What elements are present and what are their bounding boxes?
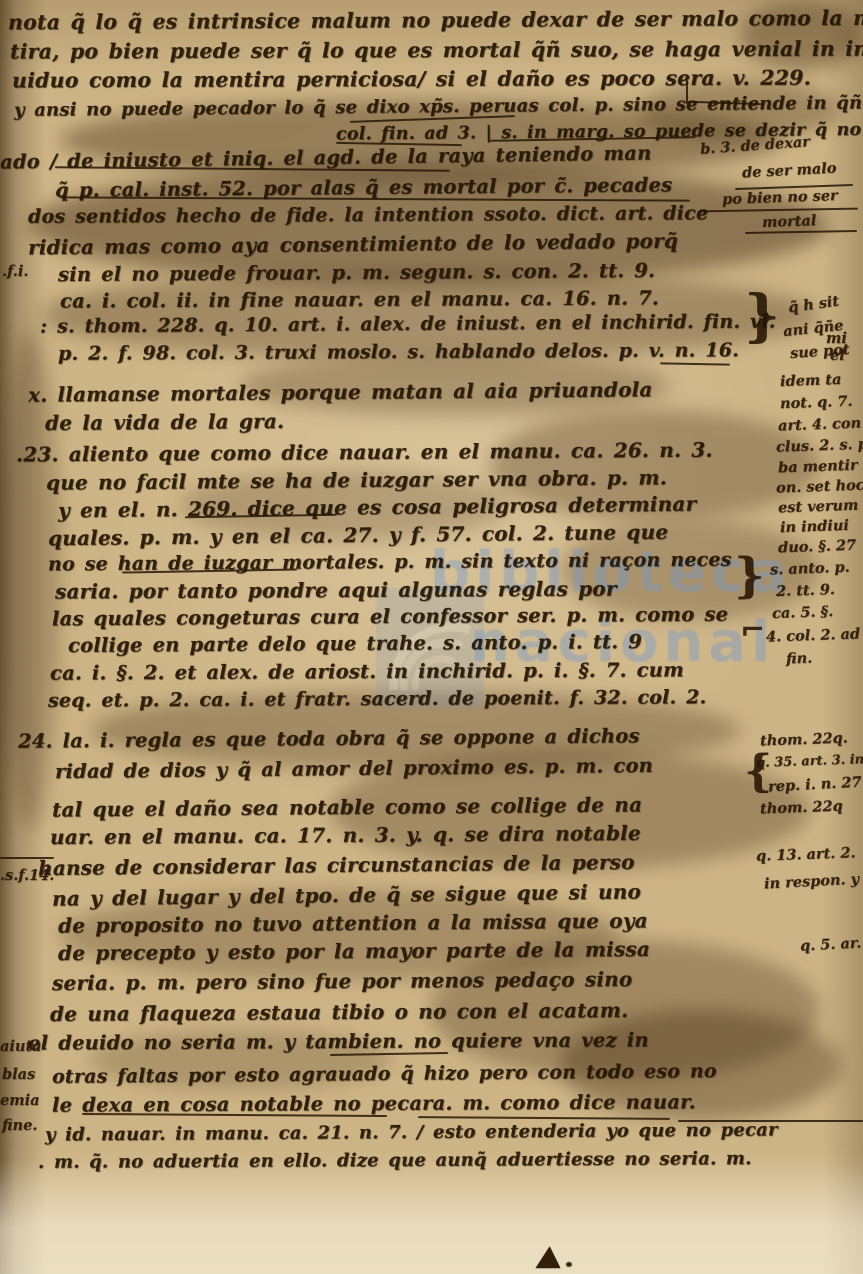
manuscript-line: hanse de considerar las circunstancias d… <box>38 850 635 880</box>
manuscript-line: saria. por tanto pondre aqui algunas reg… <box>55 577 617 604</box>
manuscript-page: biblioteca nacional } } ⌐ { nota q̃ lo q… <box>0 0 863 1274</box>
manuscript-line: le dexa en cosa notable no pecara. m. co… <box>52 1090 696 1116</box>
manuscript-line: na y del lugar y del tpo. de q̃ se sigue… <box>52 879 641 910</box>
margin-note-right: q. 5. ar. <box>800 934 862 954</box>
manuscript-line: ridad de dios y q̃ al amor del proximo e… <box>55 754 653 783</box>
manuscript-line: de proposito no tuvo attention a la miss… <box>58 908 648 937</box>
margin-note-left: .s.f.14. <box>0 867 54 884</box>
margin-note-right: de ser malo <box>742 160 837 182</box>
underline-stroke <box>700 208 858 213</box>
margin-note-right: q. 13. art. 2. <box>756 844 856 864</box>
ink-speck <box>566 1262 572 1267</box>
manuscript-line: uiduo como la mentira perniciosa/ si el … <box>12 66 811 93</box>
margin-note-left: aiuta <box>0 1038 42 1055</box>
brace-mark: ⌐ <box>740 616 765 646</box>
margin-note-right: 4. col. 2. ad <box>766 625 861 645</box>
manuscript-line: de precepto y esto por la mayor parte de… <box>58 937 650 965</box>
manuscript-line: las quales congeturas cura el confessor … <box>52 603 728 631</box>
margin-note-right: s. anto. p. <box>770 559 850 579</box>
margin-note-right: mi <box>826 330 847 347</box>
manuscript-line: q̃ p. cal. inst. 52. por alas q̃ es mort… <box>55 173 672 201</box>
margin-note-right: in indiui <box>780 517 849 536</box>
ink-blot <box>532 1244 563 1272</box>
margin-note-right: rep. i. n. 27 <box>768 774 862 796</box>
margin-note-right: fin. <box>786 650 813 668</box>
margin-note-right: ba mentir <box>778 457 858 477</box>
manuscript-line: uar. en el manu. ca. 17. n. 3. y. q. se … <box>50 821 641 849</box>
manuscript-line: y ansi no puede pecador lo q̃ se dixo xp… <box>14 92 863 121</box>
manuscript-line: tal que el daño sea notable como se coll… <box>52 792 642 821</box>
margin-note-right: art. 4. con <box>778 415 862 435</box>
margin-note-right: not. q. 7. <box>780 393 853 413</box>
margin-note-right: on. set hoc <box>776 476 863 496</box>
brace-mark: } <box>734 552 765 600</box>
margin-note-left: .f.i. <box>2 263 28 280</box>
manuscript-line: otras faltas por esto agrauado q̃ hizo p… <box>52 1060 717 1088</box>
manuscript-line: de la vida de la gra. <box>45 409 284 435</box>
margin-note-right: in respon. y <box>764 871 860 893</box>
manuscript-line: x. llamanse mortales porque matan al aia… <box>28 377 653 406</box>
manuscript-line: nota q̃ lo q̃ es intrinsice malum no pue… <box>8 6 863 35</box>
manuscript-line: tira, po bien puede ser q̃ lo que es mor… <box>10 36 863 63</box>
margin-note-right: clus. 2. s. p. <box>776 435 863 455</box>
manuscript-line: sin el no puede frouar. p. m. segun. s. … <box>58 259 655 286</box>
manuscript-line: seq. et. p. 2. ca. i. et fratr. sacerd. … <box>48 686 706 711</box>
margin-note-left: blas <box>2 1066 35 1083</box>
margin-note-right: thom. 22q. <box>760 729 848 749</box>
manuscript-line: . m. q̃. no aduertia en ello. dize que a… <box>38 1148 752 1173</box>
margin-note-left: emia <box>0 1092 39 1109</box>
manuscript-line: ca. i. §. 2. et alex. de ariost. in inch… <box>50 658 684 684</box>
margin-note-right: idem ta <box>780 371 842 390</box>
manuscript-line: ridica mas como aya consentimiento de lo… <box>28 229 678 260</box>
manuscript-line: dos sentidos hecho de fide. la intention… <box>28 202 708 228</box>
margin-note-right: el <box>830 347 845 364</box>
manuscript-line: ado / de iniusto et iniq. el agd. de la … <box>0 141 652 173</box>
manuscript-line: : s. thom. 228. q. 10. art. i. alex. de … <box>40 310 776 337</box>
manuscript-line: de una flaqueza estaua tibio o no con el… <box>50 998 628 1026</box>
margin-note-right: po bien no ser <box>722 187 838 208</box>
manuscript-line: .23. aliento que como dice nauar. en el … <box>16 438 713 467</box>
manuscript-line: 24. la. i. regla es que toda obra q̃ se … <box>18 724 640 752</box>
manuscript-line: ca. i. col. ii. in fine nauar. en el man… <box>60 286 659 312</box>
parchment-light-area <box>0 1160 863 1274</box>
manuscript-line: collige en parte delo que trahe. s. anto… <box>68 630 642 657</box>
margin-note-right: q. 35. art. 3. in <box>756 752 863 771</box>
margin-note-right: ca. 5. §. <box>772 603 834 622</box>
manuscript-line: y en el. n. 269. dice que es cosa peligr… <box>58 492 696 523</box>
margin-note-right: thom. 22q <box>760 798 843 818</box>
margin-note-right: mortal <box>762 212 817 231</box>
margin-note-right: duo. §. 27 <box>778 537 857 557</box>
margin-note-right: 2. tt. 9. <box>776 581 835 600</box>
manuscript-line: que no facil mte se ha de iuzgar ser vna… <box>46 465 667 494</box>
margin-note-right: q̃ h sit <box>787 293 840 317</box>
margin-note-right: est verum <box>778 497 859 517</box>
manuscript-line: seria. p. m. pero sino fue por menos ped… <box>52 967 633 995</box>
margin-note-left: fine. <box>2 1117 37 1134</box>
underline-stroke <box>660 362 730 366</box>
manuscript-line: y id. nauar. in manu. ca. 21. n. 7. / es… <box>45 1119 778 1145</box>
manuscript-line: p. 2. f. 98. col. 3. truxi moslo. s. hab… <box>58 339 739 365</box>
manuscript-line: el deuido no seria m. y tambien. no quie… <box>28 1028 649 1054</box>
